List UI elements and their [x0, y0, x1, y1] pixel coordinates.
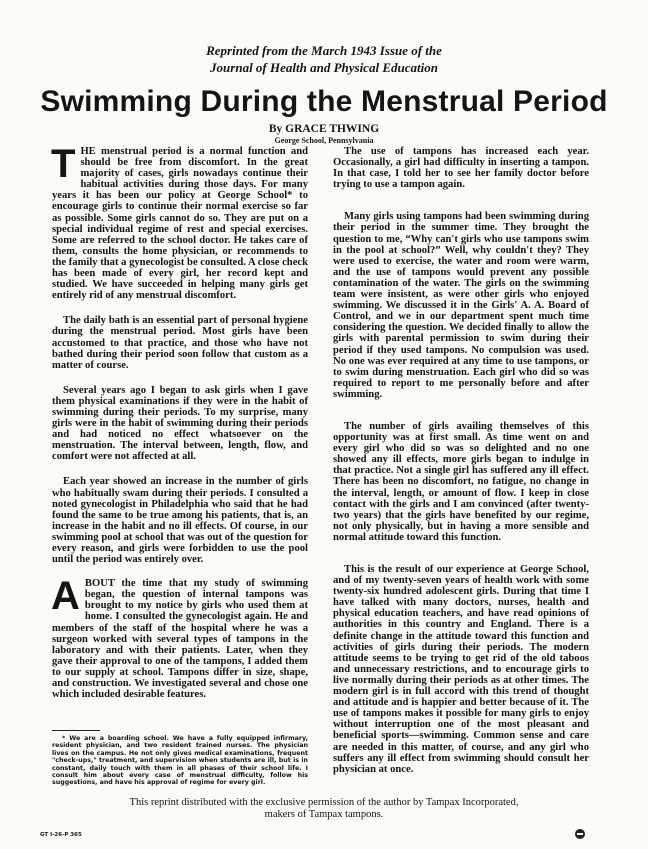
paragraph-5-text: BOUT the time that my study of swimming …: [52, 578, 308, 700]
paragraph-9: This is the result of our experience at …: [333, 564, 589, 775]
distribution-notice: This reprint distributed with the exclus…: [0, 797, 648, 821]
paragraph-7: Many girls using tampons had been swimmi…: [333, 211, 589, 400]
distribution-line-2: makers of Tampax tampons.: [0, 809, 648, 821]
paragraph-1-text: HE menstrual period is a normal function…: [52, 146, 308, 301]
print-code: GT I-26-P 365: [40, 832, 82, 838]
drop-cap-t: T: [51, 149, 75, 180]
footnote: * We are a boarding school. We have a fu…: [52, 735, 308, 787]
paragraph-3: Several years ago I began to ask girls w…: [52, 385, 308, 463]
paragraph-6: The use of tampons has increased each ye…: [333, 146, 589, 190]
paragraph-5: ABOUT the time that my study of swimming…: [52, 578, 308, 700]
left-column: THE menstrual period is a normal functio…: [52, 146, 308, 700]
distribution-line-1: This reprint distributed with the exclus…: [0, 797, 648, 809]
author-affiliation: George School, Pennsylvania: [0, 136, 648, 146]
reprint-line-2: Journal of Health and Physical Education: [0, 59, 648, 76]
reprint-line-1: Reprinted from the March 1943 Issue of t…: [0, 42, 648, 59]
paragraph-1: THE menstrual period is a normal functio…: [52, 146, 308, 301]
author-byline: By GRACE THWING: [0, 122, 648, 136]
union-label-icon: [575, 829, 585, 839]
document-page: Reprinted from the March 1943 Issue of t…: [0, 0, 648, 849]
right-column: The use of tampons has increased each ye…: [333, 146, 589, 775]
article-title: Swimming During the Menstrual Period: [0, 84, 648, 120]
drop-cap-a: A: [51, 581, 80, 612]
paragraph-8: The number of girls availing themselves …: [333, 421, 589, 543]
paragraph-2: The daily bath is an essential part of p…: [52, 315, 308, 370]
reprint-notice: Reprinted from the March 1943 Issue of t…: [0, 42, 648, 76]
paragraph-4: Each year showed an increase in the numb…: [52, 476, 308, 565]
footnote-divider: [52, 730, 100, 731]
